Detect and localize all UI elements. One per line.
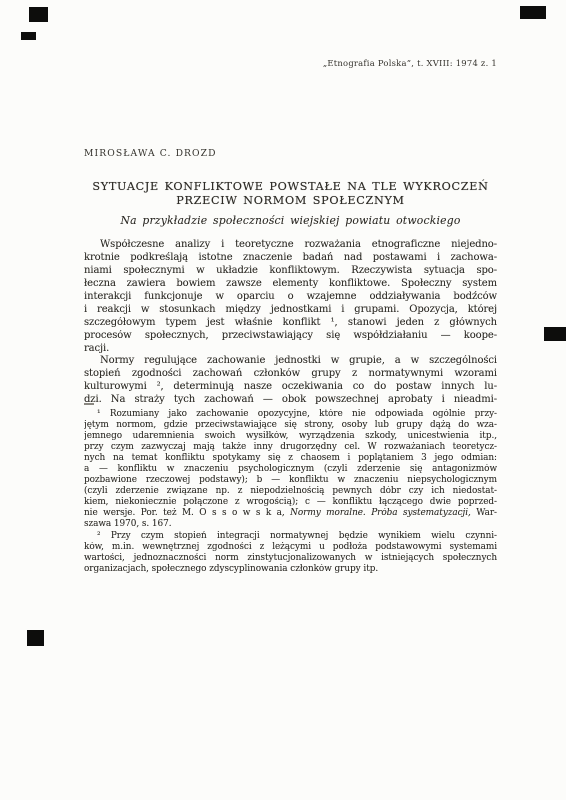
text-line: krotnie podkreślają istotne znaczenie ba…: [84, 252, 497, 265]
scanned-page: „Etnografia Polska”, t. XVIII: 1974 z. 1…: [0, 0, 566, 800]
journal-header: „Etnografia Polska”, t. XVIII: 1974 z. 1: [84, 58, 497, 68]
text-line: interakcji funkcjonuje w oparciu o wzaje…: [84, 291, 497, 304]
paragraph: ² Przy czym stopień integracji normatywn…: [84, 531, 497, 575]
article-subtitle: Na przykładzie społeczności wiejskiej po…: [84, 214, 497, 227]
text-line: a — konfliktu w znaczeniu psychologiczny…: [84, 464, 497, 475]
footnotes: ¹ Rozumiany jako zachowanie opozycyjne, …: [84, 409, 497, 575]
text-line: Współczesne analizy i teoretyczne rozważ…: [84, 239, 497, 252]
text-segment: nie wersje. Por. też M. O s s o w s k a,: [84, 508, 290, 518]
text-line: procesów społecznych, przeciwstawiający …: [84, 330, 497, 343]
scan-artifact-left-upper: [21, 32, 36, 40]
text-line: ¹ Rozumiany jako zachowanie opozycyjne, …: [84, 409, 497, 420]
text-segment: War-: [471, 508, 497, 518]
scan-artifact-top-right: [520, 6, 546, 19]
text-line: stopień zgodności zachowań członków grup…: [84, 368, 497, 381]
text-line: niami społecznymi w układzie konfliktowy…: [84, 265, 497, 278]
paragraph: Współczesne analizy i teoretyczne rozważ…: [84, 239, 497, 355]
text-line: kiem, niekoniecznie połączone z wrogości…: [84, 497, 497, 508]
text-line: nie wersje. Por. też M. O s s o w s k a,…: [84, 508, 497, 519]
article-title: SYTUACJE KONFLIKTOWE POWSTAŁE NA TLE WYK…: [84, 180, 497, 207]
body-text: Współczesne analizy i teoretyczne rozważ…: [84, 239, 497, 407]
text-line: wartości, jednoznaczności norm zinstytuc…: [84, 553, 497, 564]
text-line: ków, m.in. wewnętrznej zgodności z leżąc…: [84, 542, 497, 553]
text-line: szczegółowym typem jest właśnie konflikt…: [84, 317, 497, 330]
text-line: szawa 1970, s. 167.: [84, 519, 497, 530]
text-line: dzi. Na straży tych zachowań — obok pows…: [84, 394, 497, 407]
text-line: jętym normom, gdzie przeciwstawiające si…: [84, 420, 497, 431]
text-line: kulturowymi ², determinują nasze oczekiw…: [84, 381, 497, 394]
author-name: MIROSŁAWA C. DROZD: [84, 148, 217, 159]
italic-text: Normy moralne. Próba systematyzacji,: [290, 508, 471, 518]
paragraph: Normy regulujące zachowanie jednostki w …: [84, 355, 497, 407]
text-line: (czyli zderzenie związane np. z niepodzi…: [84, 486, 497, 497]
text-line: przy czym zazwyczaj mają także inny drug…: [84, 442, 497, 453]
footnote-separator: [84, 403, 94, 405]
scan-artifact-right-middle: [544, 327, 566, 341]
text-line: organizacjach, społecznego zdyscyplinowa…: [84, 564, 497, 575]
text-line: jemnego udaremnienia swoich wysiłków, wy…: [84, 431, 497, 442]
text-line: racji.: [84, 343, 497, 356]
text-line: Normy regulujące zachowanie jednostki w …: [84, 355, 497, 368]
paragraph: ¹ Rozumiany jako zachowanie opozycyjne, …: [84, 409, 497, 531]
text-line: pozbawione rzeczowej podstawy); b — konf…: [84, 475, 497, 486]
text-line: łeczna zawiera bowiem zawsze elementy ko…: [84, 278, 497, 291]
scan-artifact-left-lower: [27, 630, 44, 646]
text-line: ² Przy czym stopień integracji normatywn…: [84, 531, 497, 542]
text-line: i reakcji w stosunkach między jednostkam…: [84, 304, 497, 317]
article-title-line1: SYTUACJE KONFLIKTOWE POWSTAŁE NA TLE WYK…: [84, 180, 497, 194]
article-title-line2: PRZECIW NORMOM SPOŁECZNYM: [84, 194, 497, 208]
scan-artifact-top-left: [29, 7, 48, 22]
text-line: nych na temat konfliktu spotykamy się z …: [84, 453, 497, 464]
